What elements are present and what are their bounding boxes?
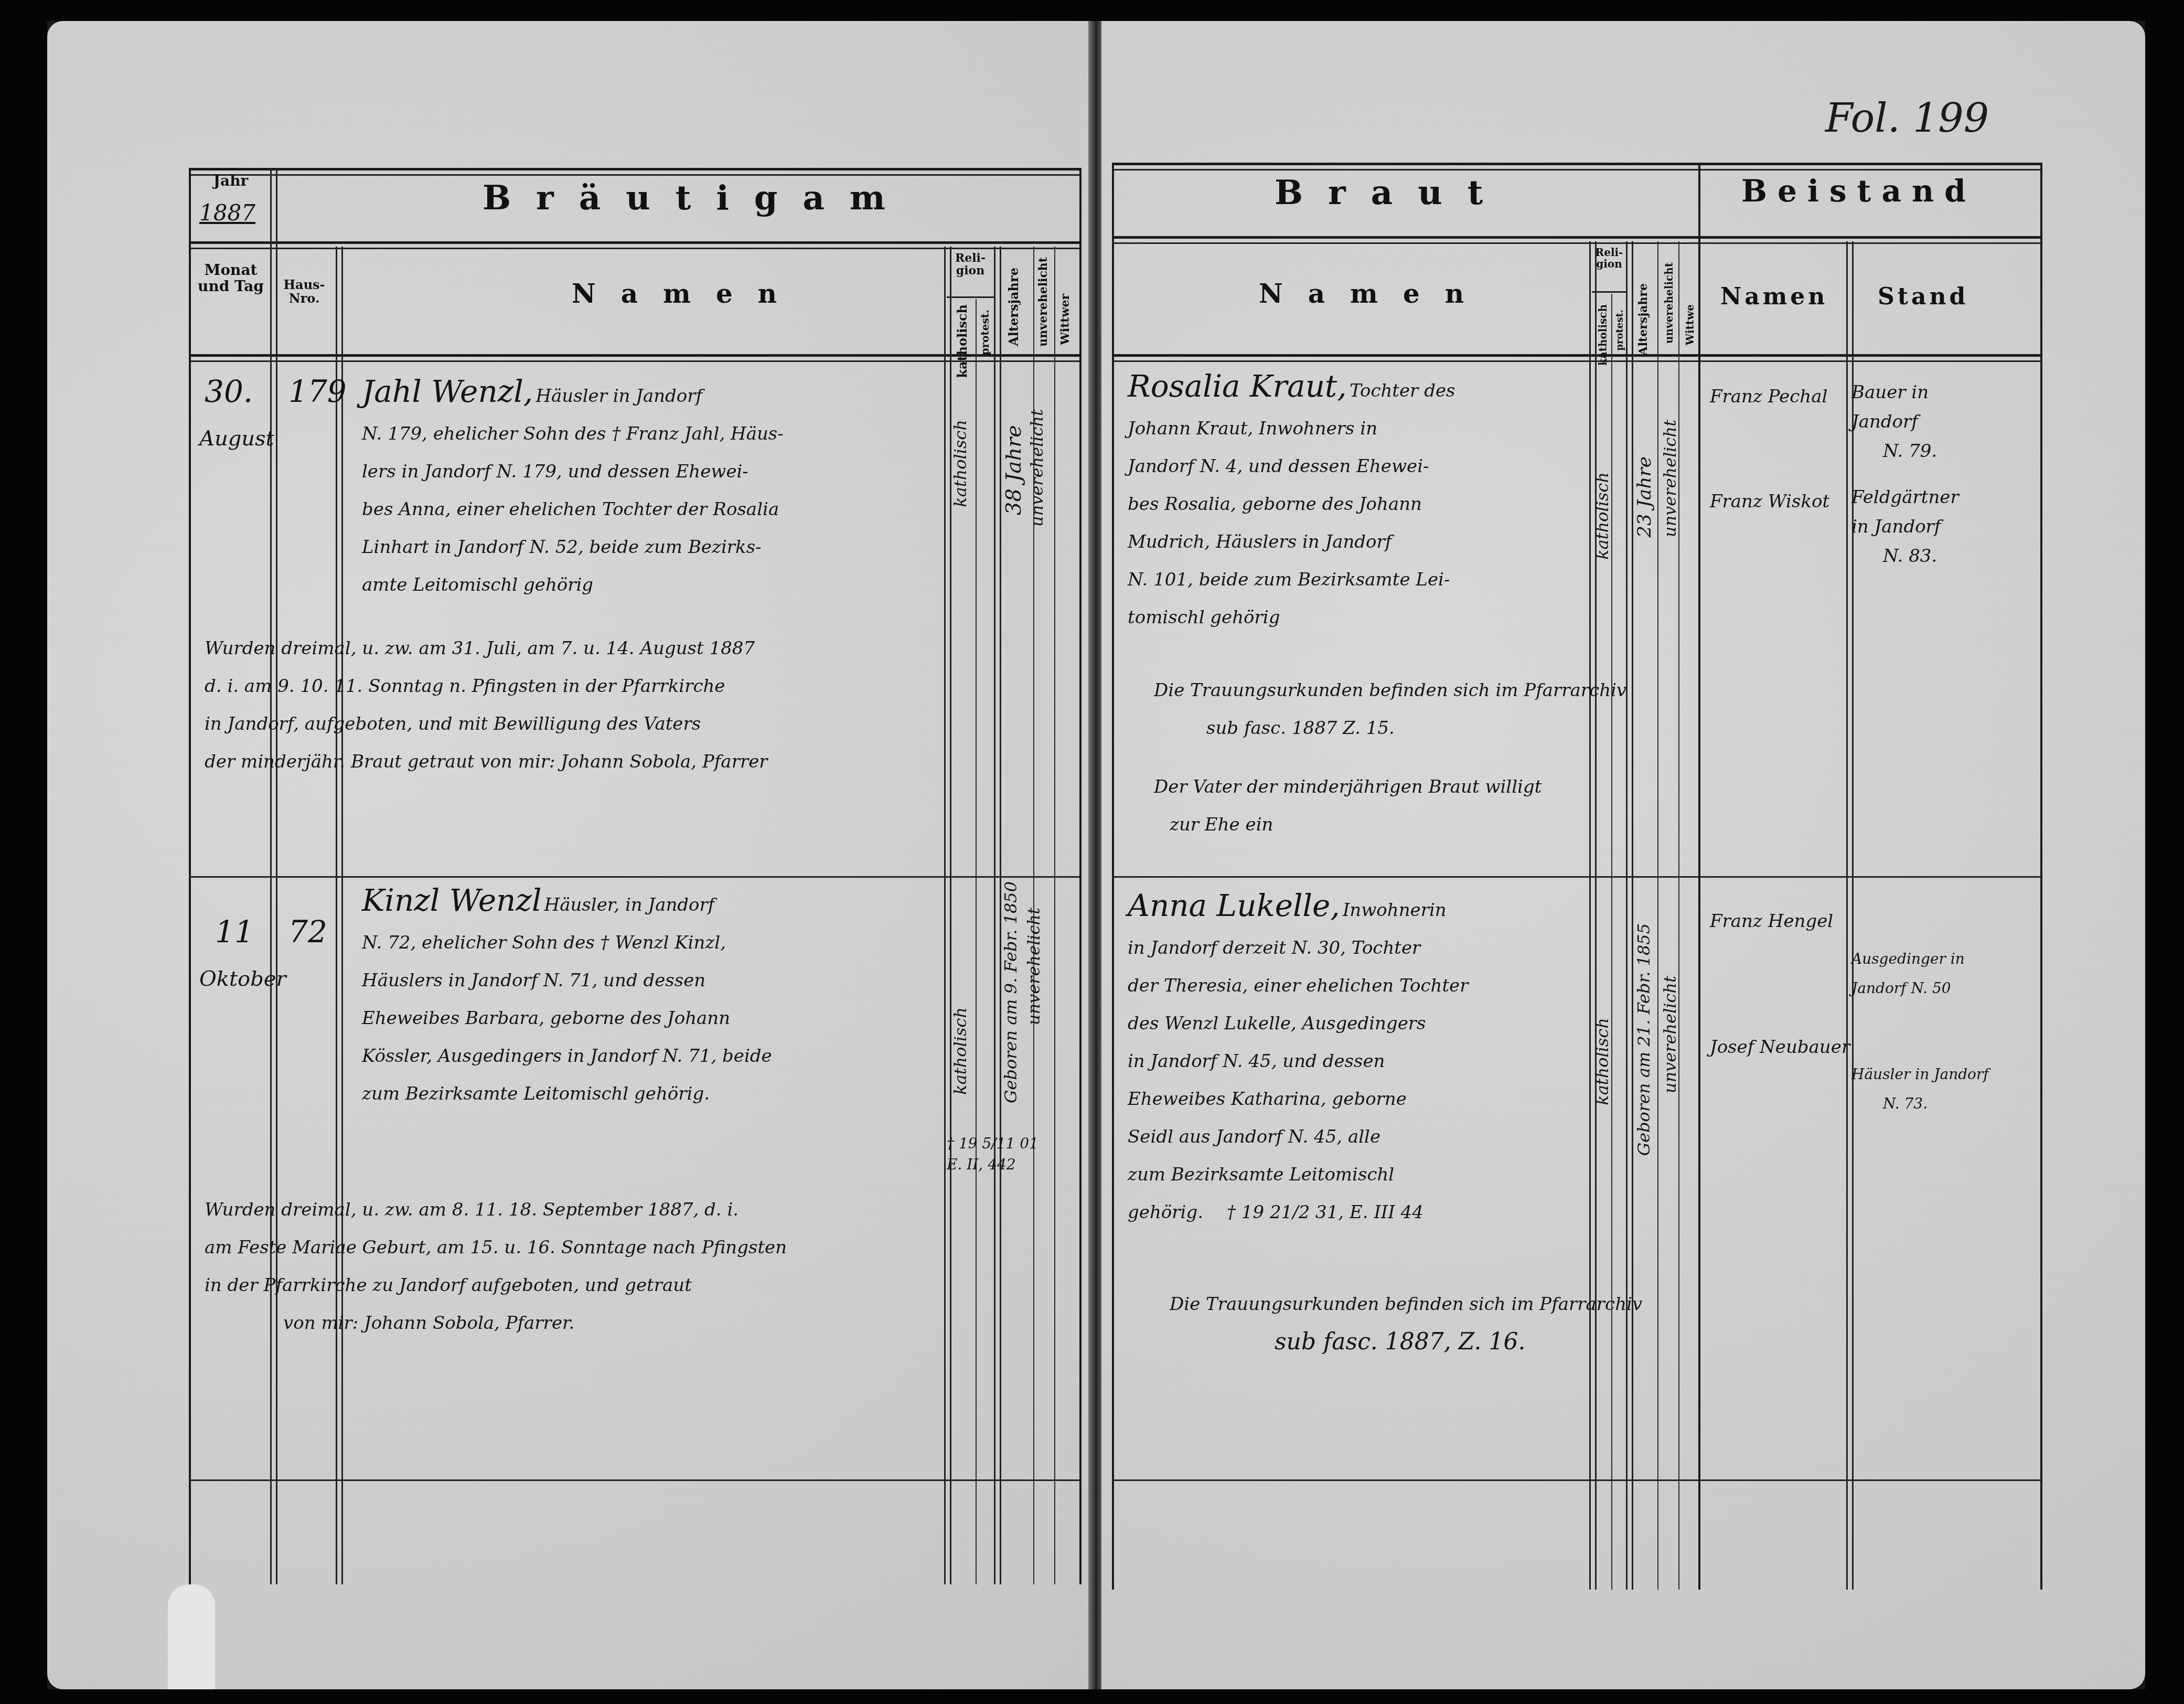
bride-name-header: Namen [1259, 278, 1489, 309]
bride-religion-header: Reli-gion [1593, 247, 1625, 270]
entry2-groom-religion: katholisch [950, 1007, 970, 1095]
entry1-day: 30. [205, 372, 253, 410]
entry2-groom-name: Kinzl Wenzl [362, 882, 541, 918]
entry2-bride-name: Anna Lukelle, [1128, 888, 1340, 923]
groom-protestant-header: protest. [979, 310, 991, 355]
entry1-bride-religion: katholisch [1592, 472, 1612, 560]
entry2-bride-status: unverehelicht [1660, 976, 1680, 1093]
entry2-groom-age: Geboren am 9. Febr. 1850 [1001, 881, 1021, 1103]
entry1-witness1-name: Franz Pechal [1710, 378, 1827, 416]
groom-age-header: Altersjahre [1006, 268, 1021, 346]
groom-section-title: Bräutigam [483, 178, 911, 218]
bookmark-tab [168, 1584, 215, 1689]
entry1-witness2-name: Franz Wiskot [1710, 483, 1829, 520]
folio-number: Fol. 199 [1825, 94, 1989, 141]
entry2-bride-entry: Anna Lukelle, Inwohnerin in Jandorf derz… [1128, 887, 1584, 1231]
groom-unmarried-header: unverehelicht [1036, 257, 1050, 347]
month-day-header: Monat und Tag [194, 262, 267, 295]
entry1-bride-entry: Rosalia Kraut, Tochter des Johann Kraut,… [1128, 367, 1584, 636]
entry2-day: 11 [215, 913, 254, 951]
entry1-groom-status: unverehelicht [1027, 409, 1047, 527]
entry1-bride-age: 23 Jahre [1634, 456, 1655, 538]
entry1-groom-age: 38 Jahre [1002, 425, 1026, 515]
entry2-bride-annotation: † 19 21/2 31, E. III 44 [1206, 1202, 1423, 1223]
year-label: Jahr [194, 173, 267, 189]
year-value: 1887 [199, 194, 255, 232]
groom-catholic-header: katholisch [955, 304, 970, 378]
groom-religion-header: Reli-gion [948, 252, 992, 277]
groom-widower-header: Wittwer [1058, 294, 1072, 345]
entry1-witness1-status: Bauer in Jandorf N. 79. [1851, 378, 1937, 466]
entry1-banns-note: Wurden dreimal, u. zw. am 31. Juli, am 7… [205, 630, 991, 781]
entry1-groom-entry: Jahl Wenzl, Häusler in Jandorf N. 179, e… [362, 372, 939, 604]
bride-protestant-header: protest. [1614, 310, 1625, 351]
entry1-house-no: 179 [288, 372, 347, 410]
entry2-witness1-status: Ausgedinger in Jandorf N. 50 [1851, 944, 1965, 1003]
left-page: Jahr 1887 Bräutigam Monat und Tag Haus-N… [47, 21, 1091, 1689]
house-no-header: Haus-Nro. [278, 278, 330, 306]
entry1-bride-status: unverehelicht [1660, 420, 1680, 537]
bride-widow-header: Wittwe [1684, 304, 1696, 345]
entry2-witness2-status: Häusler in Jandorf N. 73. [1851, 1060, 1989, 1119]
entry1-witness2-status: Feldgärtner in Jandorf N. 83. [1851, 483, 1959, 571]
entry2-witness2-name: Josef Neubauer [1710, 1028, 1850, 1066]
entry1-bride-name: Rosalia Kraut, [1128, 368, 1347, 404]
entry2-bride-religion: katholisch [1592, 1018, 1612, 1105]
entry1-bride-notes: Die Trauungsurkunden befinden sich im Pf… [1154, 672, 1888, 844]
open-register-book: Jahr 1887 Bräutigam Monat und Tag Haus-N… [47, 21, 2145, 1689]
entry2-groom-status: unverehelicht [1024, 908, 1044, 1025]
entry1-groom-name: Jahl Wenzl, [362, 374, 533, 409]
entry2-house-no: 72 [288, 913, 327, 951]
bride-catholic-header: katholisch [1597, 304, 1609, 366]
entry2-banns-note: Wurden dreimal, u. zw. am 8. 11. 18. Sep… [205, 1191, 991, 1342]
entry2-bride-notes: Die Trauungsurkunden befinden sich im Pf… [1170, 1285, 1904, 1361]
entry2-witness1-name: Franz Hengel [1710, 902, 1833, 940]
entry1-groom-religion: katholisch [950, 420, 970, 507]
entry2-bride-age: Geboren am 21. Febr. 1855 [1634, 923, 1654, 1156]
bride-unmarried-header: unverehelicht [1663, 262, 1675, 344]
entry2-month: Oktober [199, 960, 286, 998]
groom-name-header: Namen [572, 278, 802, 309]
entry2-groom-entry: Kinzl Wenzl Häusler, in Jandorf N. 72, e… [362, 881, 939, 1113]
witness-status-header: Stand [1878, 283, 1968, 310]
entry2-groom-annotation: † 19 5/11 01 E. II, 442 [947, 1133, 1052, 1175]
bride-section-title: Braut [1275, 173, 1508, 212]
bride-age-header: Altersjahre [1636, 283, 1650, 355]
entry1-month: August [199, 420, 274, 457]
witness-name-header: Namen [1720, 283, 1828, 310]
witness-section-title: Beistand [1741, 173, 1976, 209]
right-page: Fol. 199 Braut Beistand Namen Reli-gion … [1101, 21, 2145, 1689]
